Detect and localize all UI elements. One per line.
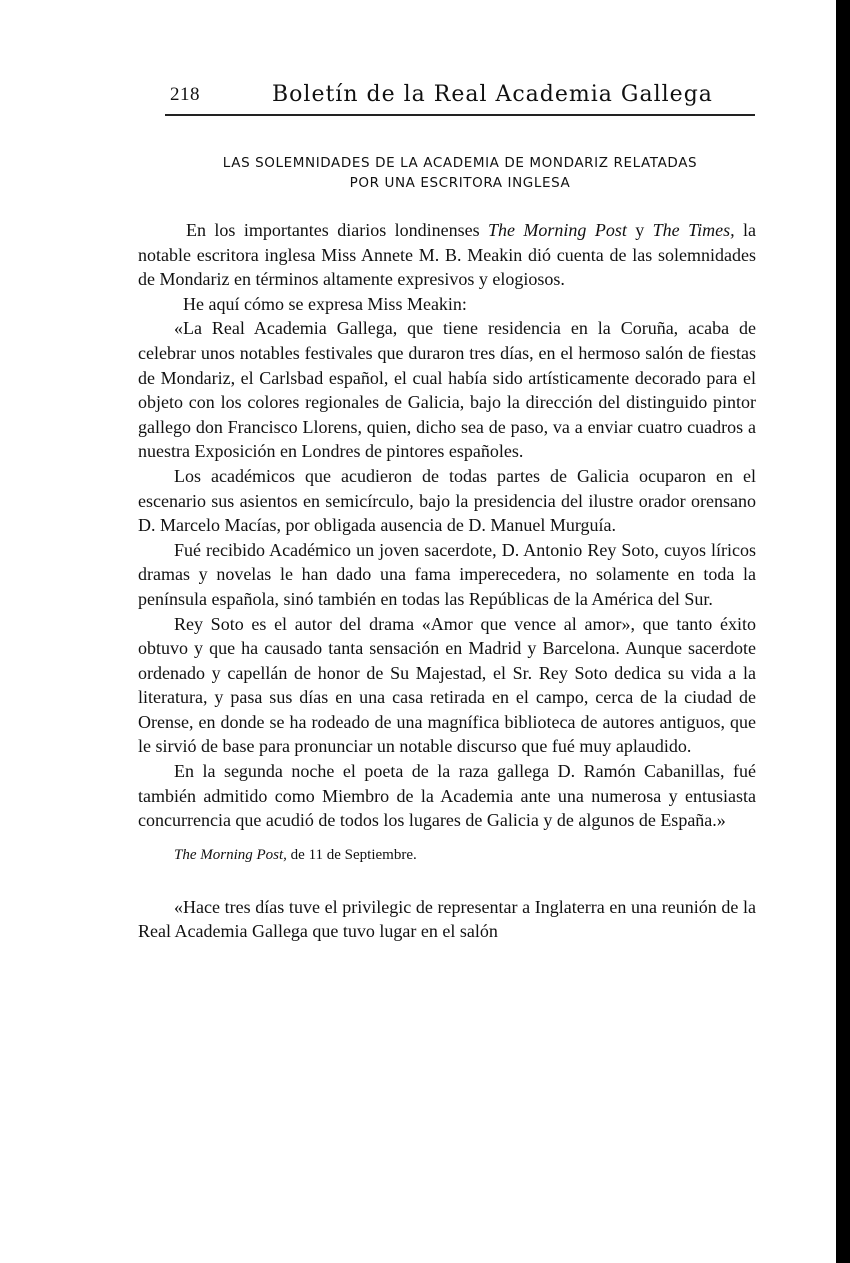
article-body: En los importantes diarios londinenses T… [138,218,756,944]
intro-paragraph-2: He aquí cómo se expresa Miss Meakin: [138,292,756,317]
text-run: En los importantes diarios londinenses [186,220,488,240]
article-title: LAS SOLEMNIDADES DE LA ACADEMIA DE MONDA… [140,153,780,193]
quote-morning-post: «La Real Academia Gallega, que tiene res… [138,316,756,866]
quote-paragraph: En la segunda noche el poeta de la raza … [138,759,756,833]
article-title-line-2: POR UNA ESCRITORA INGLESA [140,173,780,193]
source-date: de 11 de Septiembre. [287,847,417,863]
quote-paragraph: Los académicos que acudieron de todas pa… [138,464,756,538]
intro-paragraph: En los importantes diarios londinenses T… [138,218,756,292]
page-number: 218 [170,84,200,106]
spacer [138,867,756,895]
text-run: y [627,220,653,240]
article-title-line-1: LAS SOLEMNIDADES DE LA ACADEMIA DE MONDA… [140,153,780,173]
quote-paragraph: Rey Soto es el autor del drama «Amor que… [138,612,756,760]
book-binding-edge [836,0,850,1263]
newspaper-name: The Morning Post [488,220,627,240]
quote-second: «Hace tres días tuve el privilegic de re… [138,895,756,944]
quote-paragraph: Fué recibido Académico un joven sacerdot… [138,538,756,612]
newspaper-name: The Times, [653,220,735,240]
source-newspaper: The Morning Post, [174,847,287,863]
journal-title: Boletín de la Real Academia Gallega [272,82,713,107]
quote-paragraph: «La Real Academia Gallega, que tiene res… [138,316,756,464]
header-rule [165,114,755,116]
quote-paragraph: «Hace tres días tuve el privilegic de re… [138,895,756,944]
source-citation: The Morning Post, de 11 de Septiembre. [174,843,756,867]
running-head: 218 Boletín de la Real Academia Gallega [165,78,755,114]
